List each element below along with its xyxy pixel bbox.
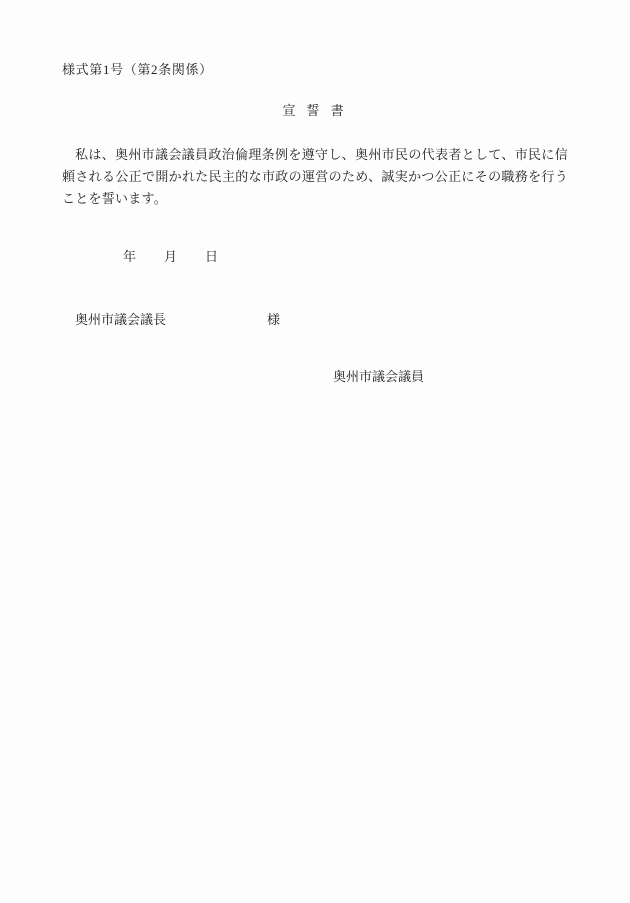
recipient-honorific: 様	[267, 309, 280, 328]
date-line: 年 月 日	[123, 246, 218, 265]
month-label: 月	[164, 246, 177, 265]
document-title: 宣 誓 書	[0, 100, 630, 119]
recipient-line: 奥州市議会議長 様	[75, 309, 280, 328]
signer-line: 奥州市議会議員	[333, 366, 424, 385]
year-label: 年	[123, 246, 136, 265]
day-label: 日	[205, 246, 218, 265]
document-page: 様式第1号（第2条関係） 宣 誓 書 私は、奥州市議会議員政治倫理条例を遵守し、…	[0, 0, 630, 903]
recipient-title: 奥州市議会議長	[75, 309, 166, 328]
form-number: 様式第1号（第2条関係）	[62, 59, 213, 78]
oath-body-paragraph: 私は、奥州市議会議員政治倫理条例を遵守し、奥州市民の代表者として、市民に信頼され…	[62, 144, 568, 210]
